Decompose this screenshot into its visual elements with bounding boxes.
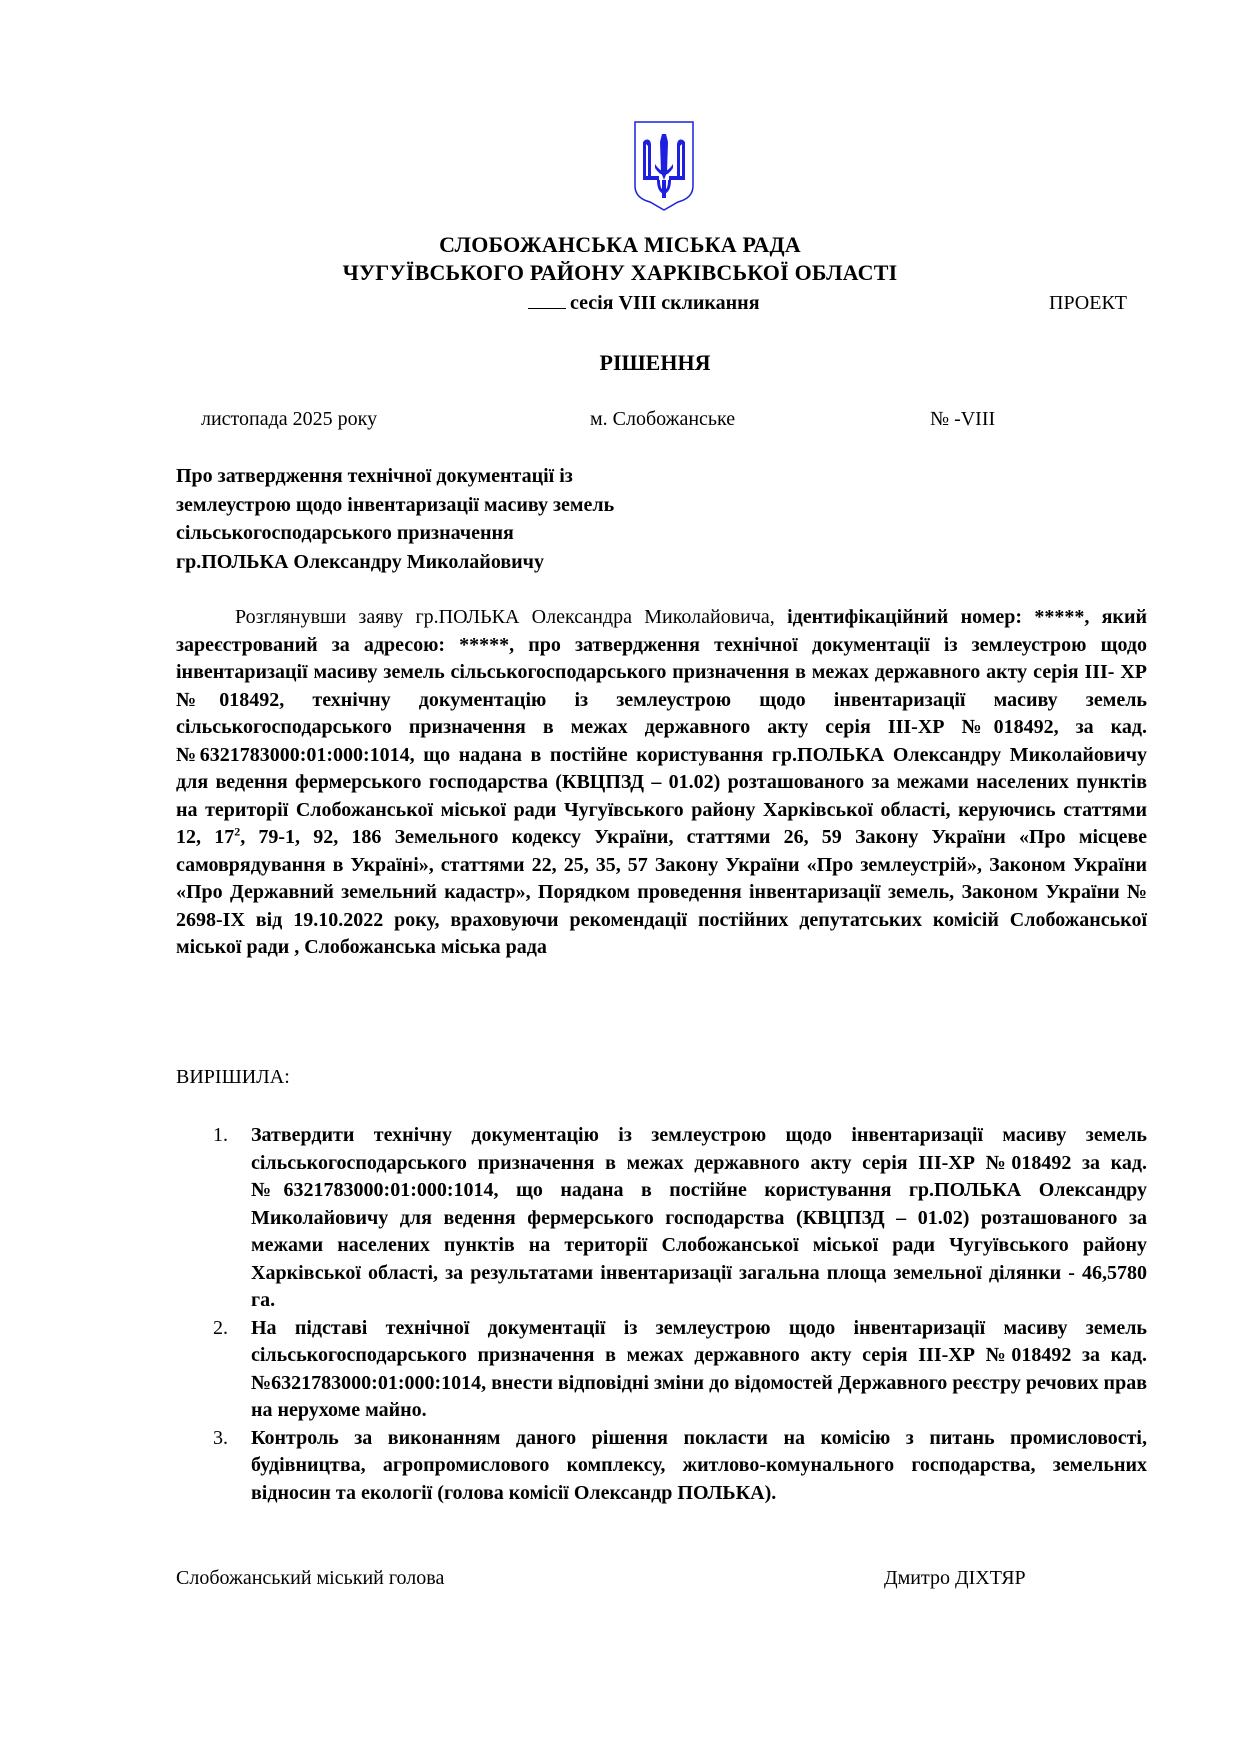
preamble-paragraph: Розглянувши заяву гр.ПОЛЬКА Олександра М…	[176, 604, 1147, 962]
item-number: 3.	[213, 1425, 228, 1453]
preamble-bold-text: ідентифікаційний номер: *****, який заре…	[176, 606, 1147, 848]
document-title: РІШЕННЯ	[0, 350, 1240, 376]
ukraine-trident-coat-of-arms-icon	[633, 120, 695, 212]
resolution-list: 1. Затвердити технічну документацію із з…	[213, 1122, 1147, 1507]
item-number: 1.	[213, 1122, 228, 1150]
preamble-regular-text: Розглянувши заяву гр.ПОЛЬКА Олександра М…	[235, 606, 775, 628]
preamble-bold-text-continued: , 79-1, 92, 186 Земельного кодексу Украї…	[176, 826, 1147, 958]
item-text: Контроль за виконанням даного рішення по…	[251, 1427, 1147, 1504]
resolution-item: 1. Затвердити технічну документацію із з…	[213, 1122, 1147, 1315]
subject-line: гр.ПОЛЬКА Олександру Миколайовичу	[176, 548, 614, 577]
item-number: 2.	[213, 1315, 228, 1343]
item-text: На підставі технічної документації із зе…	[251, 1317, 1147, 1422]
signatory-title: Слобожанський міський голова	[176, 1567, 444, 1590]
draft-status-label: ПРОЕКТ	[1049, 292, 1127, 315]
item-text: Затвердити технічну документацію із земл…	[251, 1124, 1147, 1311]
subject-line: землеустрою щодо інвентаризації масиву з…	[176, 491, 614, 520]
decision-city: м. Слобожанське	[590, 408, 735, 431]
document-page: СЛОБОЖАНСЬКА МІСЬКА РАДА ЧУГУЇВСЬКОГО РА…	[0, 0, 1240, 1754]
subject-line: сільськогосподарського призначення	[176, 519, 614, 548]
session-number-blank	[528, 294, 566, 309]
decision-number: № -VIII	[930, 408, 995, 431]
session-label: сесія VIII скликання	[570, 292, 760, 314]
resolution-item: 3. Контроль за виконанням даного рішення…	[213, 1425, 1147, 1508]
signatory-name: Дмитро ДІХТЯР	[884, 1567, 1026, 1590]
session-line: сесія VIII скликання	[528, 292, 760, 315]
district-region-name: ЧУГУЇВСЬКОГО РАЙОНУ ХАРКІВСЬКОЇ ОБЛАСТІ	[0, 260, 1240, 286]
council-name: СЛОБОЖАНСЬКА МІСЬКА РАДА	[0, 232, 1240, 258]
decision-subject: Про затвердження технічної документації …	[176, 462, 614, 576]
resolved-label: ВИРІШИЛА:	[176, 1066, 290, 1089]
resolution-item: 2. На підставі технічної документації із…	[213, 1315, 1147, 1425]
decision-date: листопада 2025 року	[201, 408, 377, 431]
subject-line: Про затвердження технічної документації …	[176, 462, 614, 491]
